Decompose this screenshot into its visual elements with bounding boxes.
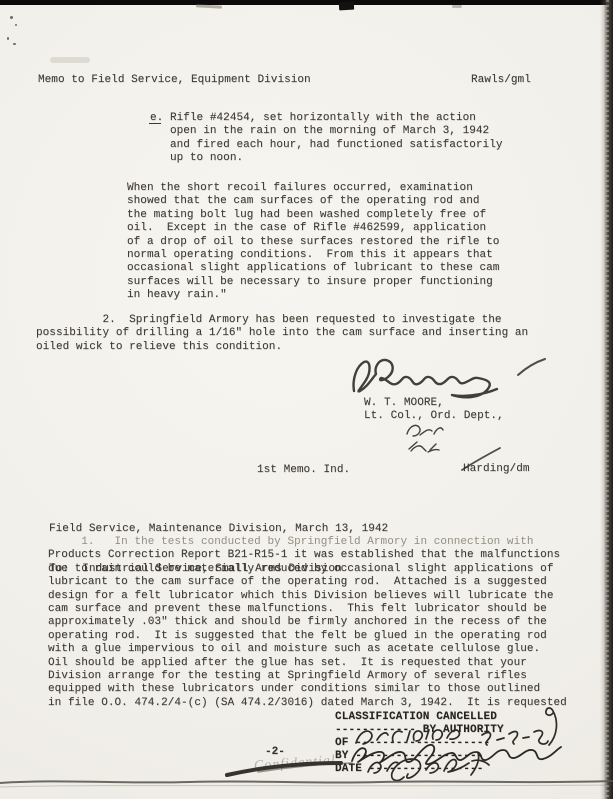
typist-initials-harding: Harding/dm [463, 463, 530, 476]
scanned-memo-page: Memo to Field Service, Equipment Divisio… [0, 0, 613, 799]
memo-quoted-paragraph: When the short recoil failures occurred,… [127, 182, 499, 303]
typed-line: lubricant to the cam surface of the oper… [48, 576, 567, 589]
typed-line: Oil should be applied after the glue has… [48, 657, 567, 670]
scan-speck [7, 37, 9, 40]
stray-pen-stroke-signature [518, 359, 545, 375]
typed-line: occasional slight applications of lubric… [127, 262, 499, 275]
cancelled-classification-ghost-text: Confidential [254, 754, 337, 774]
typed-line: equipped with these lubricators under co… [48, 683, 567, 696]
scan-smudge [50, 57, 90, 63]
stamp-line: OF -------------------- [335, 737, 504, 750]
typed-line: showed that the cam surfaces of the oper… [127, 195, 499, 208]
endorsement-from-line: Field Service, Maintenance Division, Mar… [49, 523, 388, 536]
typed-line: When the short recoil failures occurred,… [127, 182, 499, 195]
typed-line: normal operating conditions. From this i… [127, 249, 499, 262]
typed-line: 1. In the tests conducted by Springfield… [48, 536, 567, 549]
classification-cancelled-stamp: CLASSIFICATION CANCELLED------------ BY … [335, 711, 504, 776]
typed-line: oiled wick to relieve this condition. [36, 341, 528, 354]
stamp-line: DATE ----------------- [335, 763, 504, 776]
endorsement-paragraph-1: 1. In the tests conducted by Springfield… [48, 536, 567, 710]
signer-title: Lt. Col., Ord. Dept., [364, 410, 504, 423]
typist-initials-rawls: Rawls/gml [471, 74, 531, 87]
bottom-scan-edge-line [0, 781, 613, 783]
typed-line: the mating bolt lug had been washed comp… [127, 209, 499, 222]
scan-top-edge [0, 0, 613, 5]
signer-name: W. T. MOORE, [364, 397, 444, 410]
scan-smudge [452, 5, 462, 8]
scan-speck [13, 43, 16, 45]
stamp-line: BY ------------------- [335, 750, 504, 763]
typed-line: of a drop of oil to these surfaces resto… [127, 236, 499, 249]
typed-line: due to rain could be materially reduced … [48, 563, 567, 576]
typed-line: with a glue impervious to oil and moistu… [48, 643, 567, 656]
typed-line: operating rod. It is suggested that the … [48, 630, 567, 643]
typed-line: approximately .03" thick and should be f… [48, 616, 567, 629]
scan-speck [15, 24, 17, 26]
moore-signature-scribble [354, 360, 497, 397]
endorsement-label: 1st Memo. Ind. [257, 464, 350, 477]
scan-smudge [196, 4, 222, 8]
typed-line: in heavy rain." [127, 289, 499, 302]
scan-right-edge-noise [606, 0, 609, 799]
typed-line: 2. Springfield Armory has been requested… [36, 314, 528, 327]
typed-line: Division arrange for the testing at Spri… [48, 670, 567, 683]
typed-line: up to noon. [150, 152, 503, 165]
item-e-underline [149, 123, 161, 124]
typed-line: cam surface and prevent these malfunctio… [48, 603, 567, 616]
stamp-line: ------------ BY AUTHORITY [335, 724, 504, 737]
typed-line: in file O.O. 474.2/4-(c) (SA 474.2/3016)… [48, 697, 567, 710]
memo-subject-line: Memo to Field Service, Equipment Divisio… [38, 74, 311, 87]
typed-line: e. Rifle #42454, set horizontally with t… [150, 112, 503, 125]
typed-line: surfaces will be necessary to insure pro… [127, 276, 499, 289]
typed-line: open in the rain on the morning of March… [150, 125, 503, 138]
memo-paragraph-2: 2. Springfield Armory has been requested… [36, 314, 528, 354]
typed-line: Products Correction Report B21-R15-1 it … [48, 549, 567, 562]
memo-item-e: e. Rifle #42454, set horizontally with t… [150, 112, 503, 166]
handwritten-initials-note [407, 425, 443, 452]
typed-line: and fired each hour, had functioned sati… [150, 139, 503, 152]
typed-line: oil. Except in the case of Rifle #462599… [127, 222, 499, 235]
stamp-line: CLASSIFICATION CANCELLED [335, 711, 504, 724]
scan-ink-blob [339, 2, 354, 11]
bottom-scan-edge-shadow [0, 785, 613, 787]
typed-line: possibility of drilling a 1/16" hole int… [36, 327, 528, 340]
scan-speck [10, 16, 13, 19]
typed-line: design for a felt lubricator which this … [48, 590, 567, 603]
